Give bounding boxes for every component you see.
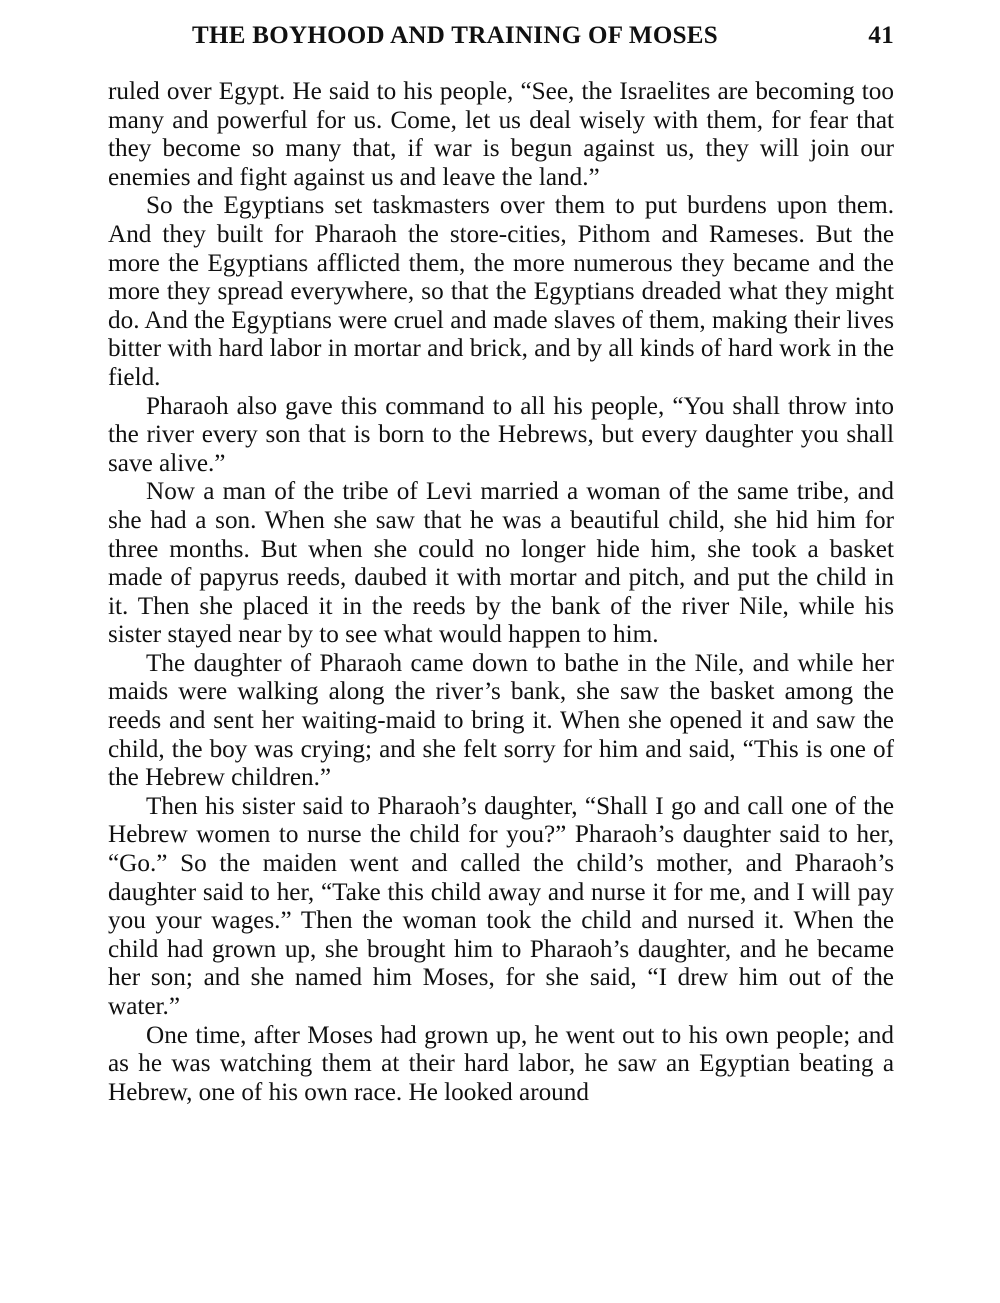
running-head: THE BOYHOOD AND TRAINING OF MOSES 41 xyxy=(108,22,894,58)
page-number: 41 xyxy=(868,22,894,50)
body-text: ruled over Egypt. He said to his people,… xyxy=(108,78,894,1107)
chapter-title: THE BOYHOOD AND TRAINING OF MOSES xyxy=(192,22,718,50)
paragraph: Then his sister said to Pharaoh’s daught… xyxy=(108,793,894,1022)
paragraph: Pharaoh also gave this command to all hi… xyxy=(108,393,894,479)
paragraph: The daughter of Pharaoh came down to bat… xyxy=(108,650,894,793)
book-page: THE BOYHOOD AND TRAINING OF MOSES 41 rul… xyxy=(108,22,894,1107)
paragraph: ruled over Egypt. He said to his people,… xyxy=(108,78,894,192)
paragraph: So the Egyptians set taskmasters over th… xyxy=(108,192,894,392)
paragraph: One time, after Moses had grown up, he w… xyxy=(108,1022,894,1108)
paragraph: Now a man of the tribe of Levi married a… xyxy=(108,478,894,650)
